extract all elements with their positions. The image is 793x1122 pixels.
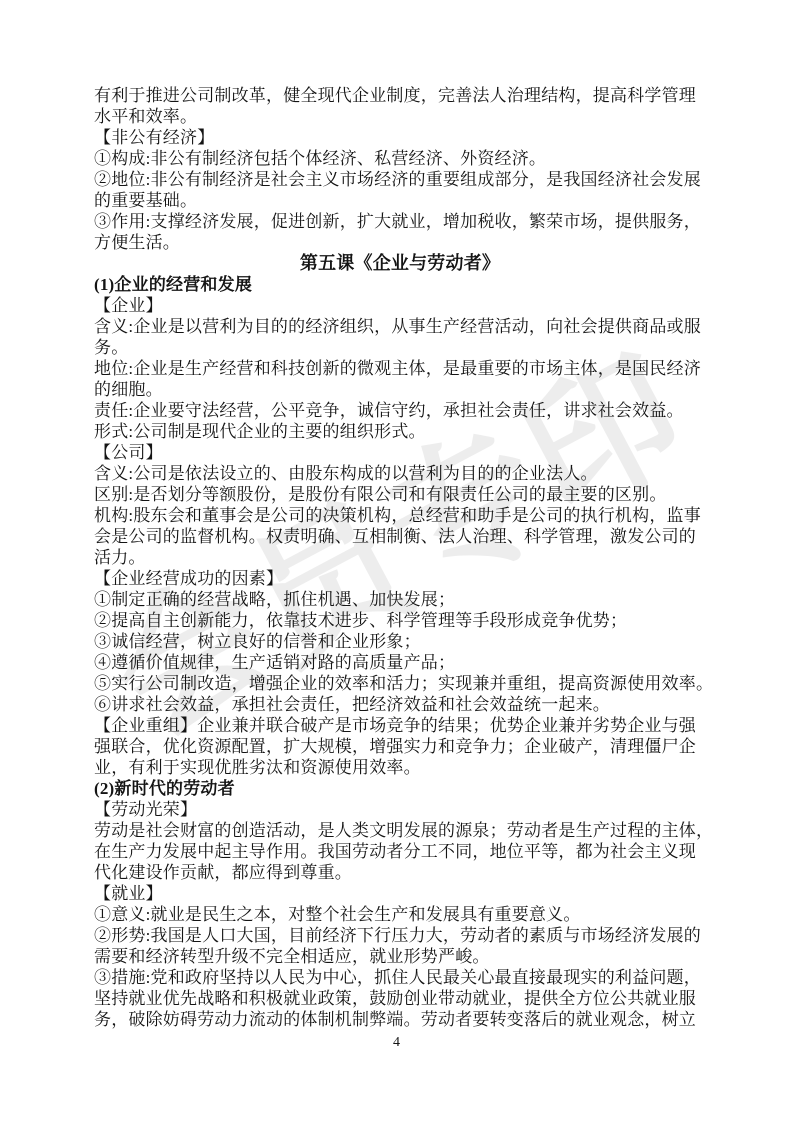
text-line: ①制定正确的经营战略，抓住机遇、加快发展； — [94, 589, 706, 610]
document-content: 有利于推进公司制改革，健全现代企业制度，完善法人治理结构，提高科学管理水平和效率… — [94, 85, 706, 1030]
text-line: 务，破除妨碍劳动力流动的体制机制弊端。劳动者要转变落后的就业观念，树立 — [94, 1009, 706, 1030]
text-line: ②地位:非公有制经济是社会主义市场经济的重要组成部分，是我国经济社会发展 — [94, 169, 706, 190]
text-line: 强联合，优化资源配置，扩大规模，增强实力和竞争力；企业破产，清理僵尸企 — [94, 736, 706, 757]
text-line: 【非公有经济】 — [94, 127, 706, 148]
text-line: 含义:公司是依法设立的、由股东构成的以营利为目的的企业法人。 — [94, 463, 706, 484]
lesson-title: 第五课《企业与劳动者》 — [94, 253, 706, 274]
text-line: 【劳动光荣】 — [94, 799, 706, 820]
text-line: 【企业重组】企业兼并联合破产是市场竞争的结果；优势企业兼并劣势企业与强 — [94, 715, 706, 736]
text-line: ⑥讲求社会效益，承担社会责任，把经济效益和社会效益统一起来。 — [94, 694, 706, 715]
text-line: 方便生活。 — [94, 232, 706, 253]
text-line: 的重要基础。 — [94, 190, 706, 211]
text-line: 需要和经济转型升级不完全相适应，就业形势严峻。 — [94, 946, 706, 967]
text-line: 业，有利于实现优胜劣汰和资源使用效率。 — [94, 757, 706, 778]
text-line: 代化建设作贡献，都应得到尊重。 — [94, 862, 706, 883]
text-line: 活力。 — [94, 547, 706, 568]
text-line: ①意义:就业是民生之本，对整个社会生产和发展具有重要意义。 — [94, 904, 706, 925]
text-line: 【企业】 — [94, 295, 706, 316]
text-line: 务。 — [94, 337, 706, 358]
section-heading: (2)新时代的劳动者 — [94, 778, 706, 799]
text-line: 【公司】 — [94, 442, 706, 463]
document-page: 会员专印 有利于推进公司制改革，健全现代企业制度，完善法人治理结构，提高科学管理… — [0, 0, 793, 1122]
text-line: 有利于推进公司制改革，健全现代企业制度，完善法人治理结构，提高科学管理 — [94, 85, 706, 106]
text-line: 的细胞。 — [94, 379, 706, 400]
page-number: 4 — [0, 1035, 793, 1051]
text-line: 机构:股东会和董事会是公司的决策机构，总经营和助手是公司的执行机构，监事 — [94, 505, 706, 526]
text-line: 坚持就业优先战略和积极就业政策，鼓励创业带动就业，提供全方位公共就业服 — [94, 988, 706, 1009]
text-line: 会是公司的监督机构。权责明确、互相制衡、法人治理、科学管理，激发公司的 — [94, 526, 706, 547]
text-line: 形式:公司制是现代企业的主要的组织形式。 — [94, 421, 706, 442]
text-line: ④遵循价值规律，生产适销对路的高质量产品； — [94, 652, 706, 673]
text-line: 【就业】 — [94, 883, 706, 904]
text-line: 在生产力发展中起主导作用。我国劳动者分工不同，地位平等，都为社会主义现 — [94, 841, 706, 862]
text-line: 含义:企业是以营利为目的的经济组织，从事生产经营活动，向社会提供商品或服 — [94, 316, 706, 337]
text-line: ①构成:非公有制经济包括个体经济、私营经济、外资经济。 — [94, 148, 706, 169]
text-line: ③措施:党和政府坚持以人民为中心，抓住人民最关心最直接最现实的利益问题， — [94, 967, 706, 988]
text-line: ③作用:支撑经济发展，促进创新，扩大就业，增加税收，繁荣市场，提供服务， — [94, 211, 706, 232]
text-line: ②提高自主创新能力，依靠技术进步、科学管理等手段形成竞争优势； — [94, 610, 706, 631]
text-line: ③诚信经营，树立良好的信誉和企业形象； — [94, 631, 706, 652]
text-line: 责任:企业要守法经营，公平竞争，诚信守约，承担社会责任，讲求社会效益。 — [94, 400, 706, 421]
text-line: ⑤实行公司制改造，增强企业的效率和活力；实现兼并重组，提高资源使用效率。 — [94, 673, 706, 694]
section-heading: (1)企业的经营和发展 — [94, 274, 706, 295]
text-line: 区别:是否划分等额股份，是股份有限公司和有限责任公司的最主要的区别。 — [94, 484, 706, 505]
text-line: 地位:企业是生产经营和科技创新的微观主体，是最重要的市场主体，是国民经济 — [94, 358, 706, 379]
text-line: 水平和效率。 — [94, 106, 706, 127]
text-line: 劳动是社会财富的创造活动，是人类文明发展的源泉；劳动者是生产过程的主体， — [94, 820, 706, 841]
text-line: 【企业经营成功的因素】 — [94, 568, 706, 589]
text-line: ②形势:我国是人口大国，目前经济下行压力大，劳动者的素质与市场经济发展的 — [94, 925, 706, 946]
